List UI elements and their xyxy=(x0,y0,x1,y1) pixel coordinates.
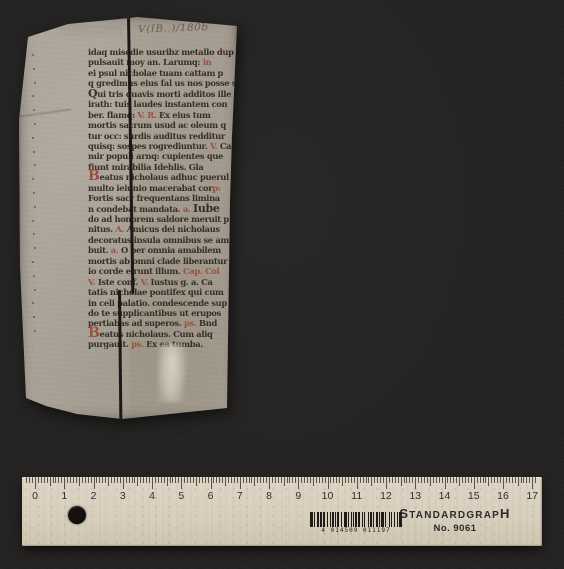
manuscript-line: idaq misedie usuribz metallo dup xyxy=(88,47,268,57)
brand-last-letter: H xyxy=(500,506,511,521)
manuscript-line: multo ieiunio macerabat corp: xyxy=(88,183,268,193)
fold-crease xyxy=(19,108,71,117)
manuscript-line: V. Iste conf. V. Iustus g. a. Ca xyxy=(88,277,268,287)
manuscript-line: irath: tuis laudes instantem con xyxy=(88,99,268,109)
brand-first-letter: S xyxy=(399,506,409,521)
photo-background: V(IB..)/180b idaq misedie usuribz metall… xyxy=(0,0,564,569)
manuscript-line: n condebat mandata. a. Iube xyxy=(88,204,268,214)
ruler-hanging-hole xyxy=(68,506,86,524)
manuscript-line: buit. a. O per omnia amabilem xyxy=(88,245,268,255)
manuscript-line: mortis sacrum usud ac oleum q xyxy=(88,120,268,130)
model-number: No. 9061 xyxy=(377,523,533,534)
manuscript-line: Qui tris quavis morti additos ille xyxy=(88,89,268,99)
manuscript-line: do te supplicantibus ut erupos xyxy=(88,308,268,318)
manuscript-line: tur occ: surdis auditus redditur xyxy=(88,131,268,141)
stain xyxy=(157,344,187,402)
ruler: 01234567891011121314151617 4 014509 0111… xyxy=(22,477,542,546)
manuscript-line: io corde eirunt illum. Cap. Col xyxy=(88,266,268,276)
manuscript-line: Fortis sacr frequentans limina xyxy=(88,193,268,203)
parchment: V(IB..)/180b idaq misedie usuribz metall… xyxy=(19,16,237,420)
manuscript-line: tatis nicholae pontifex qui cum xyxy=(88,287,268,297)
manuscript-line: quisq: sospes rogrediuntur. V. Care xyxy=(88,141,268,151)
manuscript-line: Beatus nicholaus adhuc puerul xyxy=(88,172,268,182)
brand-logo: STANDARDGRAPH xyxy=(377,507,533,523)
manuscript-line: nitus. A. Amicus dei nicholaus xyxy=(88,224,268,234)
manuscript-line: fiunt mirabilia Idehlis. Gla xyxy=(88,162,268,172)
manuscript-line: q gredimus eius fal us nos posse sa xyxy=(88,78,268,88)
manuscript-line: mir populi arnq: cupientes que xyxy=(88,151,268,161)
faded-writing-smudge xyxy=(61,25,123,36)
manuscript-line: ei psul nicholae tuam cattam p xyxy=(88,68,268,78)
manuscript-line: pertiabas ad superos. ps. Bnd xyxy=(88,318,268,328)
manuscript-line: Beatus nicholaus. Cum aliq xyxy=(88,329,268,339)
manuscript-line: pulsauit moy an. Larumq: in xyxy=(88,57,268,67)
manuscript-line: mortis ab omni clade liberantur xyxy=(88,256,268,266)
manuscript-fragment: V(IB..)/180b idaq misedie usuribz metall… xyxy=(19,16,237,420)
brand-middle-letters: TANDARDGRAP xyxy=(409,510,500,521)
manuscript-line: ber. flamq: V. R. Ex eius tum xyxy=(88,110,268,120)
manuscript-line: decoratus insula omnibus se am xyxy=(88,235,268,245)
manuscript-line: do ad honorem saldore meruit p xyxy=(88,214,268,224)
manuscript-line: in celi palatio. condescende sup xyxy=(88,298,268,308)
manuscript-text: idaq misedie usuribz metallo duppulsauit… xyxy=(88,47,268,350)
